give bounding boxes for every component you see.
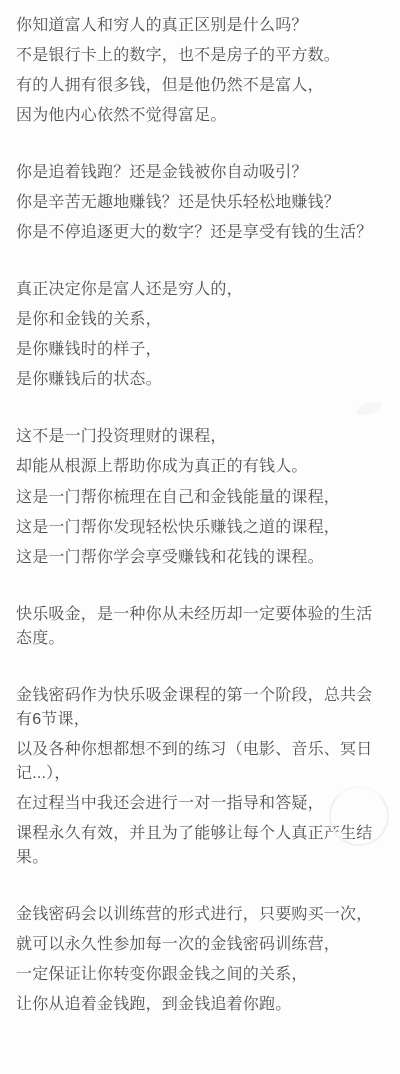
text-line: 有的人拥有很多钱，但是他仍然不是富人， [16,74,384,98]
text-line: 你是追着钱跑？还是金钱被你自动吸引？ [16,161,384,185]
text-line: 真正决定你是富人还是穷人的， [16,278,384,302]
paragraph-5: 这是一门帮你梳理在自己和金钱能量的课程，这是一门帮你发现轻松快乐赚钱之道的课程，… [16,486,384,570]
text-line: 金钱密码作为快乐吸金课程的第一个阶段，总共会有6节课， [16,684,384,732]
text-line: 这是一门帮你发现轻松快乐赚钱之道的课程， [16,516,384,540]
paragraph-8: 金钱密码会以训练营的形式进行，只要购买一次，就可以永久性参加每一次的金钱密码训练… [16,903,384,1017]
paragraph-1: 你知道富人和穷人的真正区别是什么吗？不是银行卡上的数字，也不是房子的平方数。有的… [16,14,384,128]
text-line: 你知道富人和穷人的真正区别是什么吗？ [16,14,384,38]
text-line: 是你赚钱后的状态。 [16,368,384,392]
text-line: 不是银行卡上的数字，也不是房子的平方数。 [16,44,384,68]
paragraph-2: 你是追着钱跑？还是金钱被你自动吸引？你是辛苦无趣地赚钱？还是快乐轻松地赚钱？你是… [16,161,384,245]
paragraph-7: 金钱密码作为快乐吸金课程的第一个阶段，总共会有6节课，以及各种你想都想不到的练习… [16,684,384,870]
text-line: 就可以永久性参加每一次的金钱密码训练营， [16,933,384,957]
text-line: 在过程当中我还会进行一对一指导和答疑， [16,792,384,816]
text-line: 快乐吸金，是一种你从未经历却一定要体验的生活态度。 [16,603,384,651]
text-line: 你是辛苦无趣地赚钱？还是快乐轻松地赚钱？ [16,191,384,215]
paragraph-6: 快乐吸金，是一种你从未经历却一定要体验的生活态度。 [16,603,384,651]
text-line: 是你赚钱时的样子， [16,338,384,362]
text-line: 金钱密码会以训练营的形式进行，只要购买一次， [16,903,384,927]
text-line: 一定保证让你转变你跟金钱之间的关系， [16,963,384,987]
article-body: 你知道富人和穷人的真正区别是什么吗？不是银行卡上的数字，也不是房子的平方数。有的… [16,14,384,1017]
text-line: 却能从根源上帮助你成为真正的有钱人。 [16,455,384,479]
text-line: 让你从追着金钱跑，到金钱追着你跑。 [16,993,384,1017]
text-line: 这是一门帮你学会享受赚钱和花钱的课程。 [16,546,384,570]
text-line: 你是不停追逐更大的数字？还是享受有钱的生活？ [16,221,384,245]
text-line: 课程永久有效，并且为了能够让每个人真正产生结果。 [16,822,384,870]
text-line: 因为他内心依然不觉得富足。 [16,104,384,128]
text-line: 这是一门帮你梳理在自己和金钱能量的课程， [16,486,384,510]
article-page: 你知道富人和穷人的真正区别是什么吗？不是银行卡上的数字，也不是房子的平方数。有的… [0,0,400,1074]
text-line: 是你和金钱的关系， [16,308,384,332]
paragraph-3: 真正决定你是富人还是穷人的，是你和金钱的关系，是你赚钱时的样子，是你赚钱后的状态… [16,278,384,392]
paragraph-4: 这不是一门投资理财的课程，却能从根源上帮助你成为真正的有钱人。 [16,425,384,479]
text-line: 这不是一门投资理财的课程， [16,425,384,449]
text-line: 以及各种你想都想不到的练习（电影、音乐、冥日记...）， [16,738,384,786]
